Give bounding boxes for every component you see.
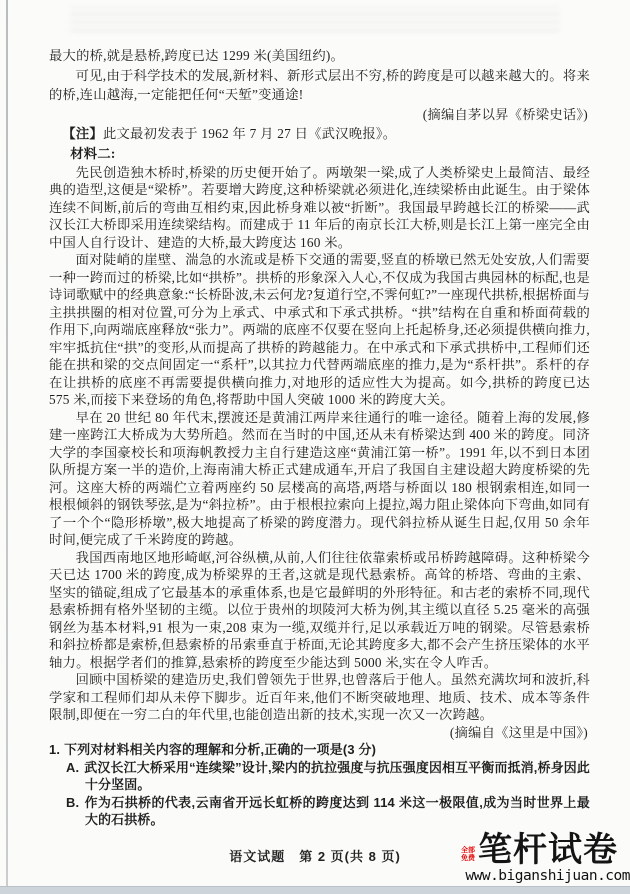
material-two-label: 材料二: bbox=[49, 144, 590, 164]
option-text: 武汉长江大桥采用“连续梁”设计,梁内的抗拉强度与抗压强度因相互平衡而抵消,桥身因… bbox=[84, 760, 590, 793]
watermark: 全部免费 笔杆试卷 www.biganshijuan.com bbox=[420, 833, 630, 884]
note-marker: 【注】 bbox=[62, 126, 103, 141]
material-two-attribution: (摘编自《这里是中国》) bbox=[49, 724, 590, 742]
footer-subject: 语文试题 bbox=[229, 849, 285, 864]
option-text: 作为石拱桥的代表,云南省开远长虹桥的跨度达到 114 米这一极限值,成为当时世界… bbox=[84, 795, 590, 828]
material-one-closing-paragraph: 可见,由于科学技术的发展,新材料、新形式层出不穷,桥的跨度是可以越来越大的。将来… bbox=[49, 66, 590, 105]
option-label: A. bbox=[66, 760, 79, 775]
watermark-brand: 笔杆试卷 bbox=[478, 833, 618, 867]
question-stem-text: 下列对材料相关内容的理解和分析,正确的一项是(3 分) bbox=[64, 742, 376, 757]
exam-paper-page: 最大的桥,就是悬桥,跨度已达 1299 米(美国纽约)。 可见,由于科学技术的发… bbox=[0, 0, 630, 894]
scan-bleed-through bbox=[70, 6, 560, 36]
watermark-brand-row: 全部免费 笔杆试卷 bbox=[420, 833, 630, 867]
material-one-closing-line: 最大的桥,就是悬桥,跨度已达 1299 米(美国纽约)。 bbox=[49, 46, 590, 66]
note-text: 此文最初发表于 1962 年 7 月 27 日《武汉晚报》。 bbox=[103, 126, 396, 141]
scan-bottom-edge bbox=[0, 886, 630, 894]
material-paragraph: 回顾中国桥梁的建造历史,我们曾领先于世界,也曾落后于他人。虽然充满坎坷和波折,科… bbox=[49, 671, 590, 724]
question-number: 1. bbox=[49, 742, 60, 757]
question-option-a: A.武汉长江大桥采用“连续梁”设计,梁内的抗拉强度与抗压强度因相互平衡而抵消,桥… bbox=[49, 759, 590, 794]
material-one-section: 最大的桥,就是悬桥,跨度已达 1299 米(美国纽约)。 可见,由于科学技术的发… bbox=[49, 46, 590, 164]
material-paragraph: 先民创造独木桥时,桥梁的历史便开始了。两墩架一梁,成了人类桥梁史上最简洁、最经典… bbox=[49, 164, 590, 252]
scan-edge-line bbox=[6, 0, 8, 887]
material-paragraph: 早在 20 世纪 80 年代末,摆渡还是黄浦江两岸来往通行的唯一途径。随着上海的… bbox=[49, 409, 590, 549]
page-content: 最大的桥,就是悬桥,跨度已达 1299 米(美国纽约)。 可见,由于科学技术的发… bbox=[49, 46, 590, 829]
watermark-url: www.biganshijuan.com bbox=[420, 868, 630, 884]
material-one-attribution: (摘编自茅以昇《桥梁史话》) bbox=[49, 105, 590, 125]
material-two-section: 先民创造独木桥时,桥梁的历史便开始了。两墩架一梁,成了人类桥梁史上最简洁、最经典… bbox=[49, 164, 590, 742]
material-paragraph: 我国西南地区地形崎岖,河谷纵横,从前,人们往往依靠索桥或吊桥跨越障碍。这种桥梁今… bbox=[49, 549, 590, 672]
question-option-b: B.作为石拱桥的代表,云南省开远长虹桥的跨度达到 114 米这一极限值,成为当时… bbox=[49, 794, 590, 829]
watermark-free-tag: 全部免费 bbox=[460, 846, 476, 862]
material-one-note: 【注】此文最初发表于 1962 年 7 月 27 日《武汉晚报》。 bbox=[49, 124, 590, 144]
material-paragraph: 面对陡峭的崖壁、湍急的水流或是桥下交通的需要,竖直的桥墩已然无处安放,人们需要一… bbox=[49, 251, 590, 409]
question-one-block: 1.下列对材料相关内容的理解和分析,正确的一项是(3 分) A.武汉长江大桥采用… bbox=[49, 741, 590, 829]
question-stem: 1.下列对材料相关内容的理解和分析,正确的一项是(3 分) bbox=[49, 741, 590, 759]
footer-page-number: 第 2 页(共 8 页) bbox=[299, 849, 401, 864]
option-label: B. bbox=[66, 795, 79, 810]
